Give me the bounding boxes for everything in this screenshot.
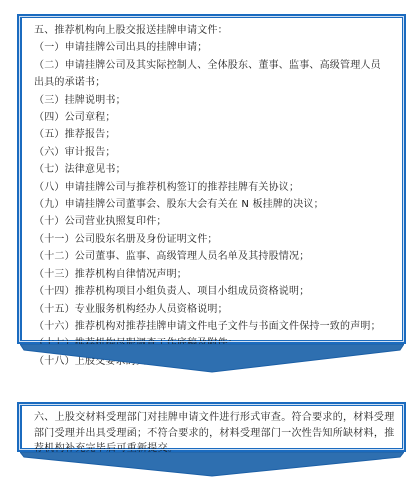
list-item: （十）公司营业执照复印件； bbox=[34, 213, 396, 230]
step5-heading: 五、推荐机构向上股交报送挂牌申请文件： bbox=[34, 22, 396, 39]
step6-content: 六、上股交材料受理部门对挂牌申请文件进行形式审查。符合要求的，材料受理部门受理并… bbox=[20, 405, 403, 449]
list-item: 出具的承诺书； bbox=[34, 74, 396, 91]
step6-box: 六、上股交材料受理部门对挂牌申请文件进行形式审查。符合要求的，材料受理部门受理并… bbox=[17, 402, 406, 452]
step5-content: 五、推荐机构向上股交报送挂牌申请文件： （一）申请挂牌公司出具的挂牌申请； （二… bbox=[20, 17, 403, 341]
list-item: （十二）公司董事、监事、高级管理人员名单及其持股情况； bbox=[34, 248, 396, 265]
list-item: （八）申请挂牌公司与推荐机构签订的推荐挂牌有关协议； bbox=[34, 179, 396, 196]
step6-text: 六、上股交材料受理部门对挂牌申请文件进行形式审查。符合要求的，材料受理部门受理并… bbox=[34, 410, 396, 457]
list-item: （三）挂牌说明书； bbox=[34, 92, 396, 109]
list-item: （十三）推荐机构自律情况声明； bbox=[34, 266, 396, 283]
list-item: （二）申请挂牌公司及其实际控制人、全体股东、董事、监事、高级管理人员 bbox=[34, 57, 396, 74]
list-item: （十五）专业服务机构经办人员资格说明； bbox=[34, 301, 396, 318]
list-item: （十四）推荐机构项目小组负责人、项目小组成员资格说明； bbox=[34, 283, 396, 300]
list-item: （五）推荐报告； bbox=[34, 126, 396, 143]
list-item: （四）公司章程； bbox=[34, 109, 396, 126]
list-item: （七）法律意见书； bbox=[34, 161, 396, 178]
step5-box: 五、推荐机构向上股交报送挂牌申请文件： （一）申请挂牌公司出具的挂牌申请； （二… bbox=[17, 14, 406, 344]
arrow-down-icon bbox=[20, 344, 404, 374]
list-item: （十六）推荐机构对推荐挂牌申请文件电子文件与书面文件保持一致的声明； bbox=[34, 318, 396, 335]
list-item: （六）审计报告； bbox=[34, 144, 396, 161]
list-item: （九）申请挂牌公司董事会、股东大会有关在 N 板挂牌的决议； bbox=[34, 196, 396, 213]
list-item: （十一）公司股东名册及身份证明文件； bbox=[34, 231, 396, 248]
list-item: （一）申请挂牌公司出具的挂牌申请； bbox=[34, 39, 396, 56]
arrow-down-icon bbox=[20, 452, 404, 478]
